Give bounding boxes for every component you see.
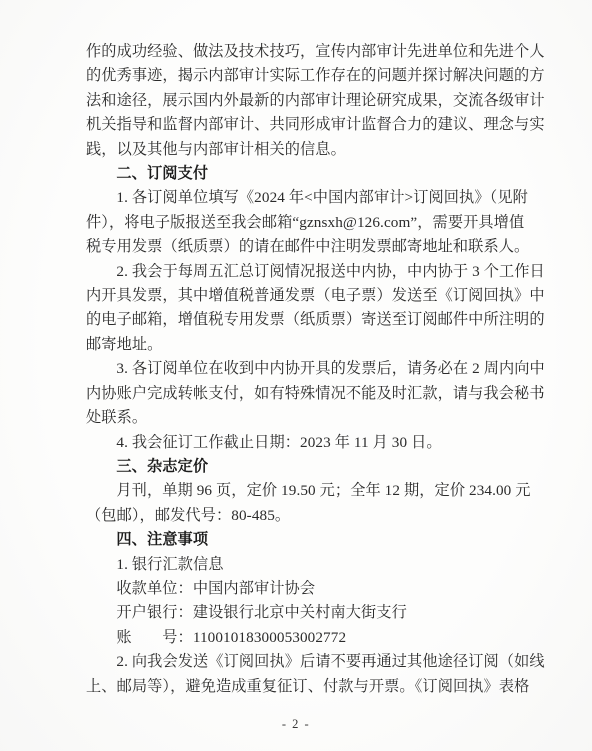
text-line: 践，以及其他与内部审计相关的信息。: [86, 138, 516, 162]
text-line: 处联系。: [86, 406, 516, 430]
text-line: 邮寄地址。: [86, 333, 516, 357]
text-line: 1. 各订阅单位填写《2024 年<中国内部审计>订阅回执》（见附: [86, 186, 516, 210]
text-line: 收款单位：中国内部审计协会: [86, 577, 516, 601]
text-line: 账 号：11001018300053002772: [86, 626, 516, 650]
text-line: 机关指导和监督内部审计、共同形成审计监督合力的建议、理念与实: [86, 113, 516, 137]
section-heading: 四、注意事项: [86, 528, 516, 552]
page-number: - 2 -: [0, 717, 592, 732]
section-heading: 二、订阅支付: [86, 162, 516, 186]
text-line: 税专用发票（纸质票）的请在邮件中注明发票邮寄地址和联系人。: [86, 235, 516, 259]
text-line: 2. 我会于每周五汇总订阅情况报送中内协，中内协于 3 个工作日: [86, 260, 516, 284]
text-line: 2. 向我会发送《订阅回执》后请不要再通过其他途径订阅（如线: [86, 650, 516, 674]
text-line: 1. 银行汇款信息: [86, 553, 516, 577]
text-line: 内开具发票，其中增值税普通发票（电子票）发送至《订阅回执》中: [86, 284, 516, 308]
text-line: 件），将电子版报送至我会邮箱“gznsxh@126.com”，需要开具增值: [86, 211, 516, 235]
text-line: 3. 各订阅单位在收到中内协开具的发票后，请务必在 2 周内向中: [86, 357, 516, 381]
document-lines: 作的成功经验、做法及技术技巧，宣传内部审计先进单位和先进个人的优秀事迹，揭示内部…: [86, 40, 516, 699]
text-line: 月刊，单期 96 页，定价 19.50 元；全年 12 期，定价 234.00 …: [86, 479, 516, 503]
section-heading: 三、杂志定价: [86, 455, 516, 479]
text-line: 法和途径，展示国内外最新的内部审计理论研究成果，交流各级审计: [86, 89, 516, 113]
text-line: 开户银行：建设银行北京中关村南大街支行: [86, 601, 516, 625]
text-line: （包邮），邮发代号：80-485。: [86, 504, 516, 528]
text-line: 的电子邮箱，增值税专用发票（纸质票）寄送至订阅邮件中所注明的: [86, 308, 516, 332]
text-line: 上、邮局等），避免造成重复征订、付款与开票。《订阅回执》表格: [86, 675, 516, 699]
text-line: 4. 我会征订工作截止日期：2023 年 11 月 30 日。: [86, 431, 516, 455]
text-line: 内协账户完成转帐支付，如有特殊情况不能及时汇款，请与我会秘书: [86, 382, 516, 406]
text-line: 的优秀事迹，揭示内部审计实际工作存在的问题并探讨解决问题的方: [86, 64, 516, 88]
scanned-document-page: 作的成功经验、做法及技术技巧，宣传内部审计先进单位和先进个人的优秀事迹，揭示内部…: [0, 0, 592, 751]
text-line: 作的成功经验、做法及技术技巧，宣传内部审计先进单位和先进个人: [86, 40, 516, 64]
